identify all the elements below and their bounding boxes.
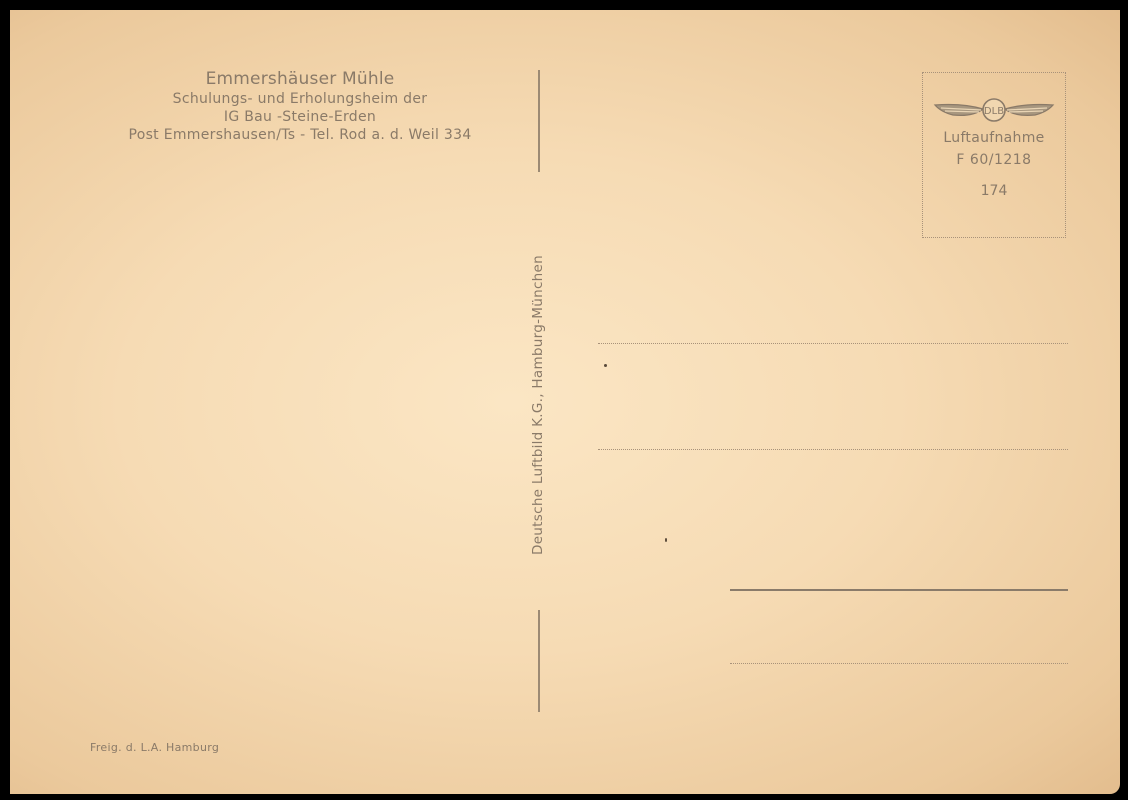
header-title: Emmershäuser Mühle xyxy=(80,68,520,90)
address-line-4 xyxy=(730,663,1068,664)
stamp-code: F 60/1218 xyxy=(923,149,1065,171)
publisher-vertical-text: Deutsche Luftbild K.G., Hamburg-München xyxy=(530,255,546,555)
address-line-1 xyxy=(598,343,1068,344)
freigabe-note: Freig. d. L.A. Hamburg xyxy=(90,741,219,754)
stamp-label: Luftaufnahme xyxy=(923,127,1065,149)
divider-line-bottom xyxy=(538,610,540,712)
header-line-1: Schulungs- und Erholungsheim der xyxy=(80,90,520,108)
paper-speck xyxy=(604,364,607,367)
postcard-back: Emmershäuser Mühle Schulungs- und Erholu… xyxy=(10,10,1120,794)
dlb-wings-logo-icon: DLB xyxy=(923,97,1065,123)
address-line-3 xyxy=(730,589,1068,591)
header-line-3: Post Emmershausen/Ts - Tel. Rod a. d. We… xyxy=(80,126,520,144)
stamp-number: 174 xyxy=(923,183,1065,199)
divider-line-top xyxy=(538,70,540,172)
header-line-2: IG Bau -Steine-Erden xyxy=(80,108,520,126)
stamp-box: DLB Luftaufnahme F 60/1218 174 xyxy=(922,72,1066,238)
svg-text:DLB: DLB xyxy=(984,106,1004,117)
header-block: Emmershäuser Mühle Schulungs- und Erholu… xyxy=(80,68,520,144)
address-line-2 xyxy=(598,449,1068,450)
paper-speck xyxy=(665,538,667,542)
